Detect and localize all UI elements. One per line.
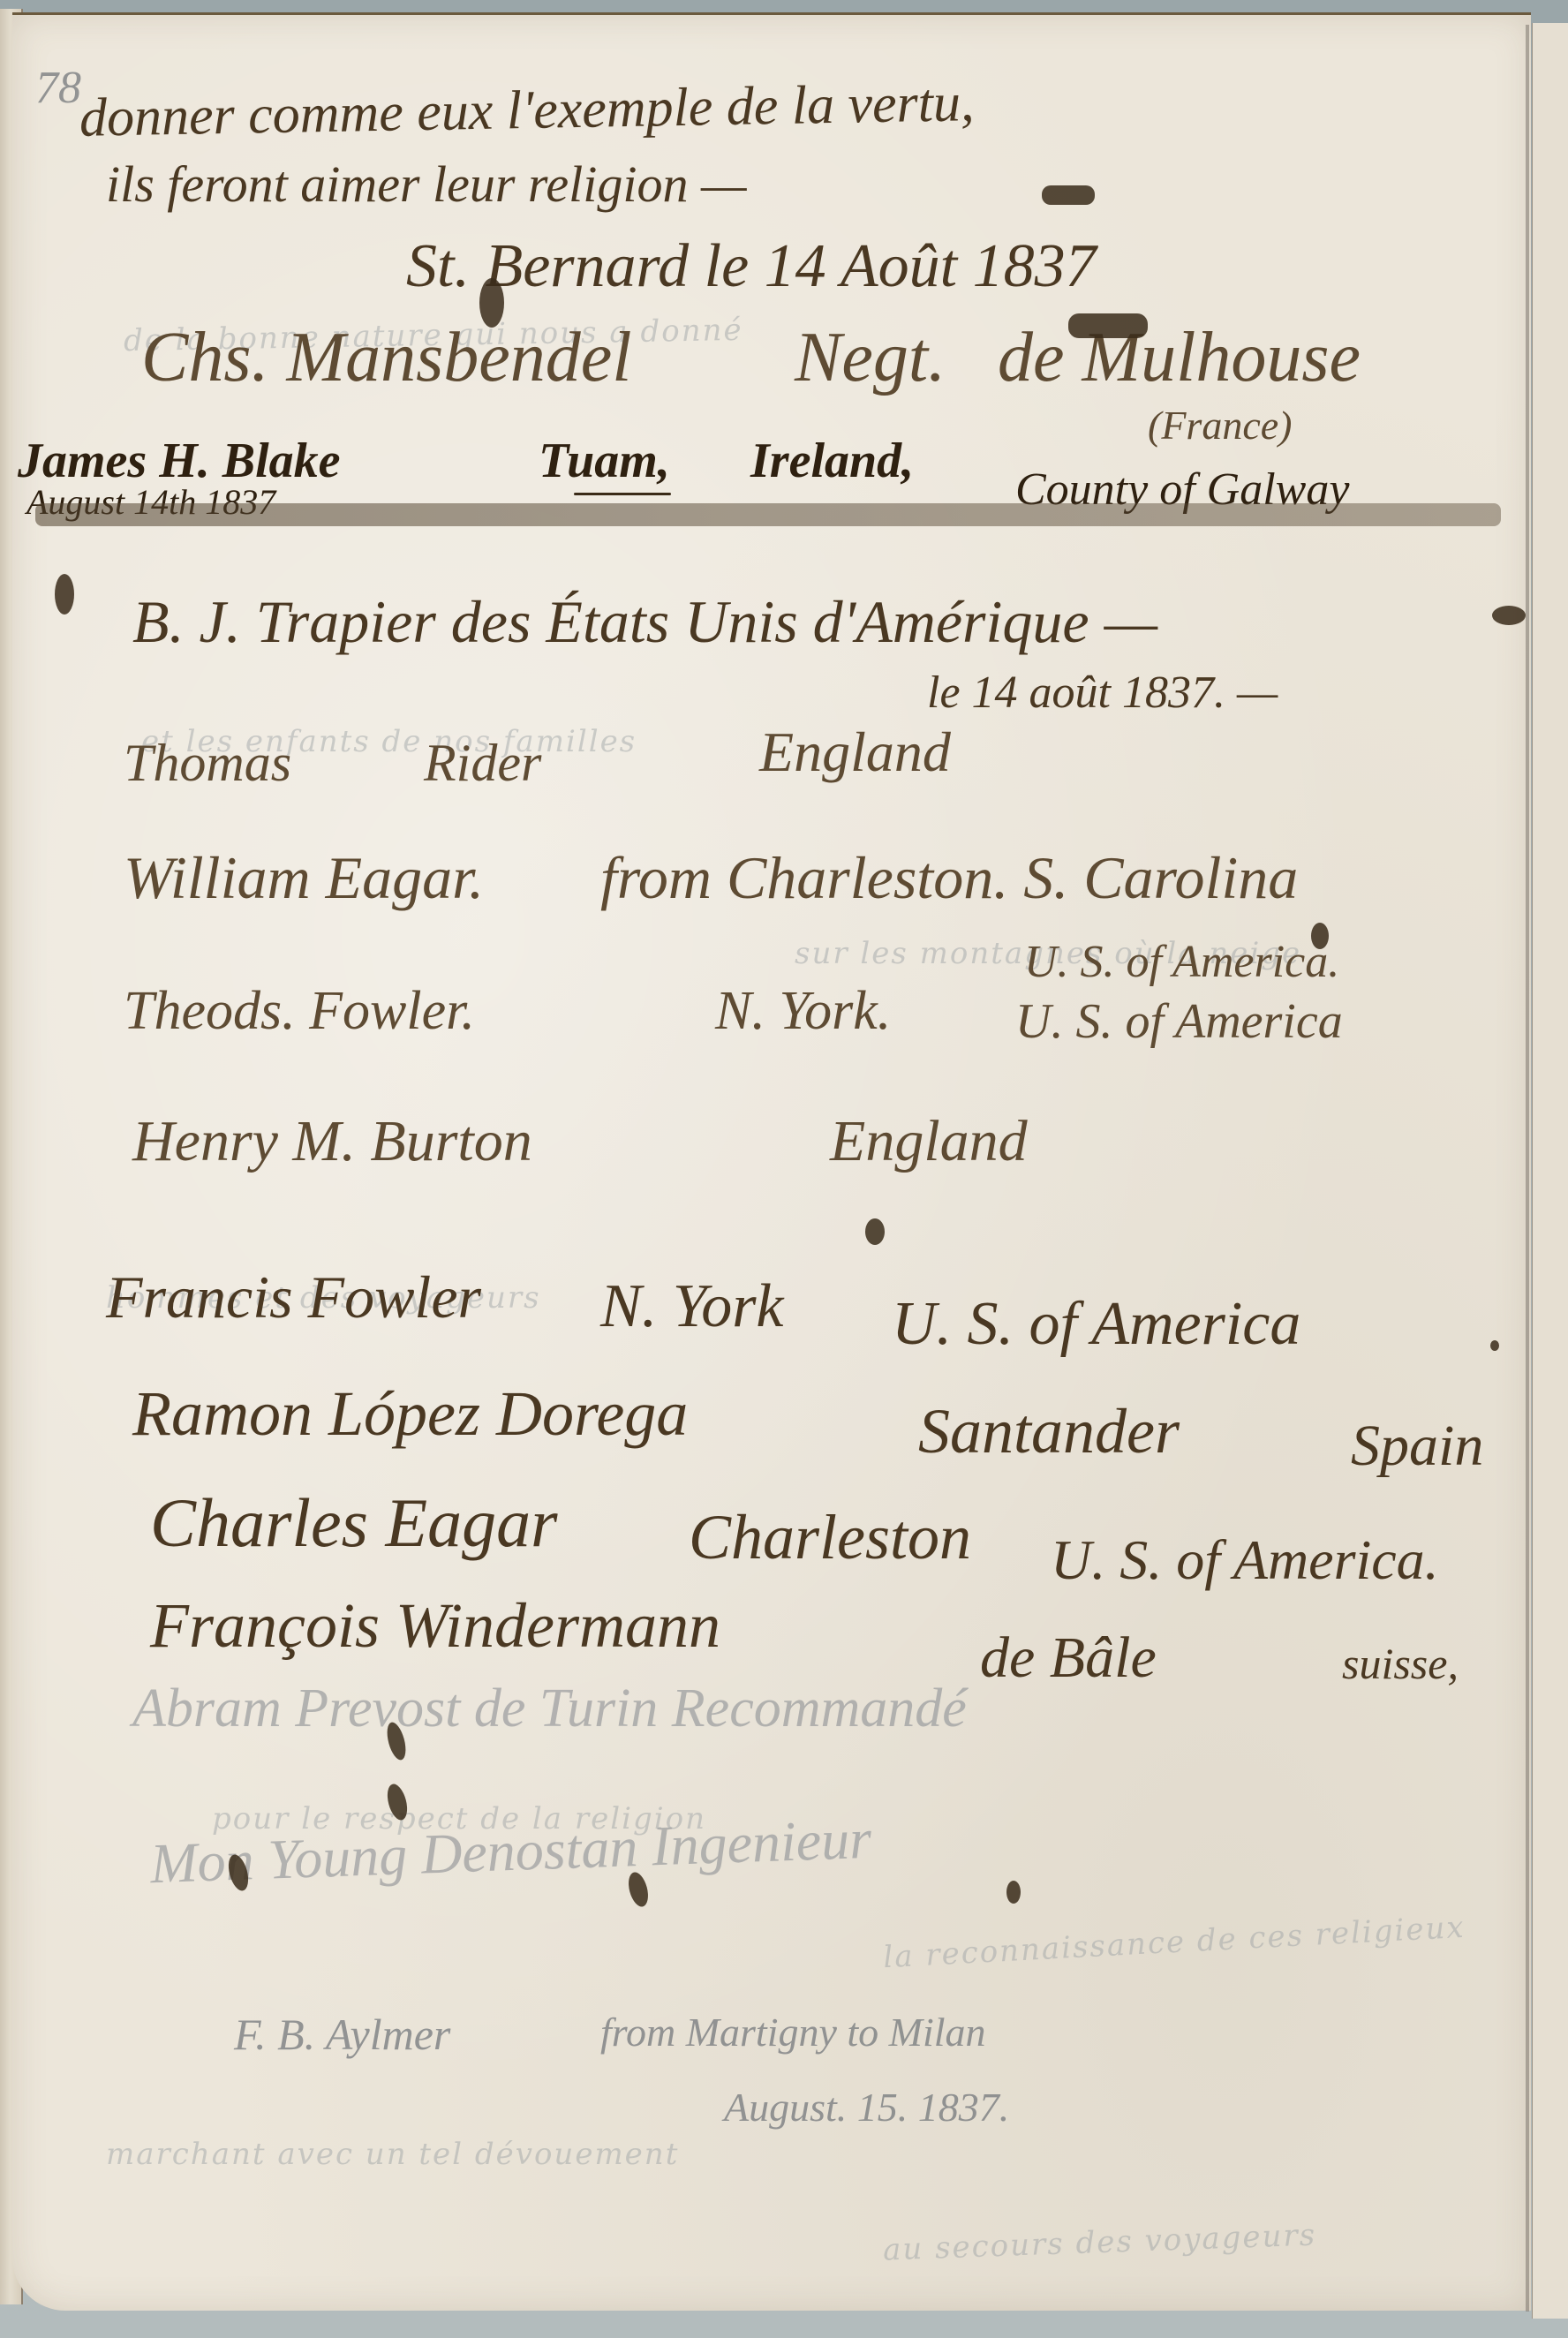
verse-line-2: ils feront aimer leur religion — <box>106 155 747 214</box>
entry-rider-country: England <box>759 720 951 785</box>
hometown-underline <box>574 493 671 495</box>
entry-lopez-city: Santander <box>918 1395 1180 1468</box>
page-fold-line <box>1526 25 1529 2312</box>
bleed-through-text: marchant avec un tel dévouement <box>106 2137 679 2172</box>
entry-aylmer-date: August. 15. 1837. <box>724 2084 1009 2131</box>
entry-charles-eagar-country: U. S. of America. <box>1051 1527 1439 1593</box>
entry-windermann-origin: de Bâle <box>980 1625 1157 1692</box>
entry-francis-fowler-name: Francis Fowler <box>106 1263 481 1332</box>
entry-burton-name: Henry M. Burton <box>132 1108 532 1175</box>
ink-blot <box>865 1218 885 1245</box>
entry-windermann-country: suisse, <box>1342 1638 1459 1689</box>
entry-rider-first: Thomas <box>124 733 291 794</box>
entry-blake-country: Ireland, <box>750 433 914 489</box>
ink-blot <box>1311 923 1329 949</box>
entry-lopez-country: Spain <box>1351 1413 1483 1480</box>
entry-william-eagar-origin: from Charleston. S. Carolina <box>600 843 1298 913</box>
entry-francis-fowler-country: U. S. of America <box>892 1289 1300 1360</box>
entry-theodore-fowler-city: N. York. <box>715 980 891 1043</box>
entry-lopez-name: Ramon López Dorega <box>132 1377 688 1451</box>
ink-blot <box>1490 1340 1499 1351</box>
entry-blake-hometown: Tuam, <box>539 433 670 489</box>
adjacent-page-edge <box>1532 23 1568 2319</box>
ink-blot <box>1006 1881 1021 1904</box>
place-date-heading: St. Bernard le 14 Août 1837 <box>406 231 1097 302</box>
entry-burton-country: England <box>830 1108 1028 1175</box>
entry-theodore-fowler-country: U. S. of America <box>1015 993 1343 1050</box>
entry-william-eagar-name: William Eagar. <box>124 843 484 913</box>
ink-blot <box>1068 313 1148 338</box>
entry-charles-eagar-name: Charles Eagar <box>150 1483 558 1563</box>
ink-blot <box>479 278 504 328</box>
entry-aylmer-name: F. B. Aylmer <box>234 2009 450 2060</box>
entry-mansbendel-origin: de Mulhouse <box>998 318 1361 398</box>
ink-blot <box>1492 606 1526 625</box>
entry-theodore-fowler-name: Theods. Fowler. <box>124 980 475 1043</box>
entry-charles-eagar-city: Charleston <box>689 1501 971 1574</box>
ink-blot <box>55 574 74 615</box>
entry-trapier-date: le 14 août 1837. — <box>927 667 1278 719</box>
entry-windermann-name: François Windermann <box>150 1589 720 1663</box>
entry-aylmer-route: from Martigny to Milan <box>600 2009 986 2055</box>
entry-rider-last: Rider <box>424 733 541 794</box>
ink-smear-rule <box>35 503 1501 526</box>
entry-mansbendel-country: (France) <box>1148 402 1292 449</box>
entry-mansbendel-title: Negt. <box>795 318 946 398</box>
page-number: 78 <box>35 62 81 114</box>
entry-pencil-prevost: Abram Prevost de Turin Recommandé <box>132 1678 967 1740</box>
entry-francis-fowler-city: N. York <box>600 1271 784 1342</box>
entry-trapier: B. J. Trapier des États Unis d'Amérique … <box>132 587 1157 657</box>
entry-mansbendel-name: Chs. Mansbendel <box>141 318 632 398</box>
ink-blot <box>1042 185 1095 205</box>
entry-william-eagar-country: U. S. of America. <box>1024 936 1339 988</box>
